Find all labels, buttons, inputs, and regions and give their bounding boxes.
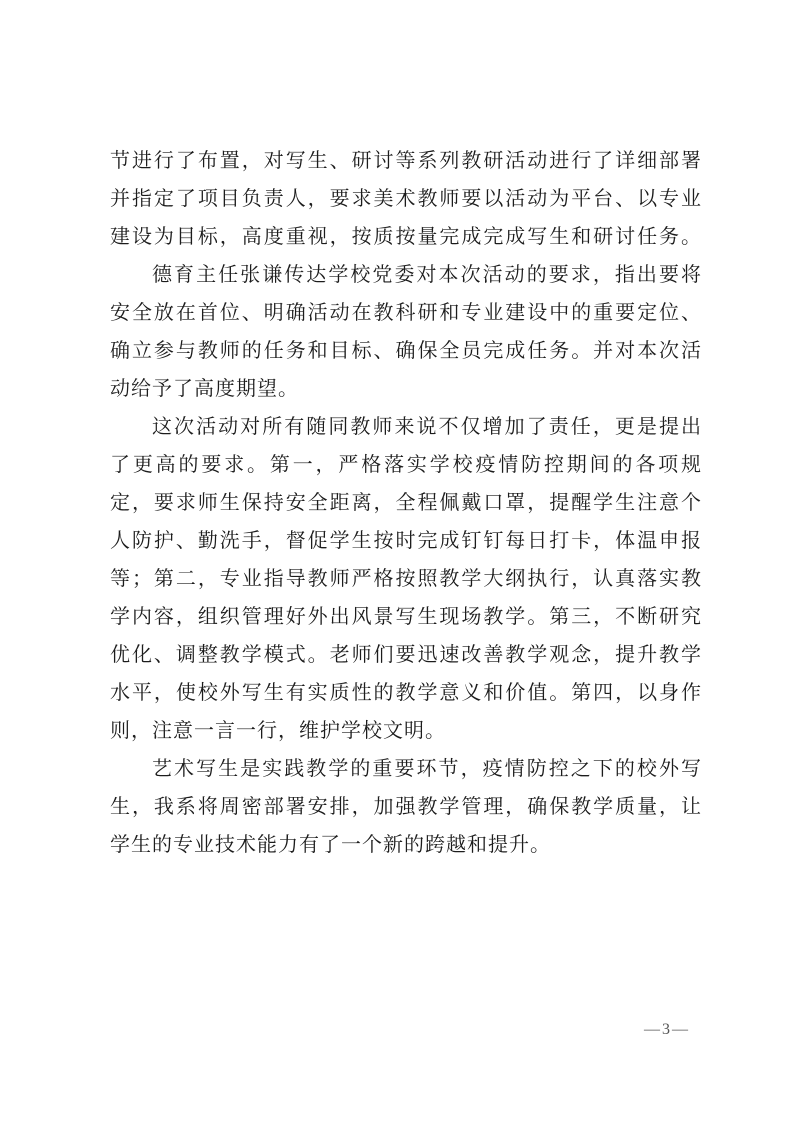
document-body: 节进行了布置，对写生、研讨等系列教研活动进行了详细部署 并指定了项目负责人，要求… <box>110 141 702 863</box>
text-line: 则，注意一言一行，维护学校文明。 <box>110 711 702 749</box>
paragraph-moral-education-director: 德育主任张谦传达学校党委对本次活动的要求，指出要将 安全放在首位、明确活动在教科… <box>110 255 702 407</box>
document-page: 节进行了布置，对写生、研讨等系列教研活动进行了详细部署 并指定了项目负责人，要求… <box>0 0 793 1122</box>
text-line: 优化、调整教学模式。老师们要迅速改善教学观念，提升教学 <box>110 635 702 673</box>
text-line: 水平，使校外写生有实质性的教学意义和价值。第四，以身作 <box>110 673 702 711</box>
text-line: 德育主任张谦传达学校党委对本次活动的要求，指出要将 <box>110 255 702 293</box>
page-number: —3— <box>636 1019 698 1041</box>
text-line: 建设为目标，高度重视，按质按量完成完成写生和研讨任务。 <box>110 217 702 255</box>
text-line: 这次活动对所有随同教师来说不仅增加了责任，更是提出 <box>110 407 702 445</box>
paragraph-continuation: 节进行了布置，对写生、研讨等系列教研活动进行了详细部署 并指定了项目负责人，要求… <box>110 141 702 255</box>
text-line: 动给予了高度期望。 <box>110 369 702 407</box>
text-line: 定，要求师生保持安全距离，全程佩戴口罩，提醒学生注意个 <box>110 483 702 521</box>
text-line: 并指定了项目负责人，要求美术教师要以活动为平台、以专业 <box>110 179 702 217</box>
text-line: 节进行了布置，对写生、研讨等系列教研活动进行了详细部署 <box>110 141 702 179</box>
text-line: 等；第二，专业指导教师严格按照教学大纲执行，认真落实教 <box>110 559 702 597</box>
text-line: 学内容，组织管理好外出风景写生现场教学。第三，不断研究 <box>110 597 702 635</box>
text-line: 确立参与教师的任务和目标、确保全员完成任务。并对本次活 <box>110 331 702 369</box>
text-line: 人防护、勤洗手，督促学生按时完成钉钉每日打卡，体温申报 <box>110 521 702 559</box>
text-line: 生，我系将周密部署安排，加强教学管理，确保教学质量，让 <box>110 787 702 825</box>
text-line: 学生的专业技术能力有了一个新的跨越和提升。 <box>110 825 702 863</box>
text-line: 艺术写生是实践教学的重要环节，疫情防控之下的校外写 <box>110 749 702 787</box>
paragraph-requirements: 这次活动对所有随同教师来说不仅增加了责任，更是提出 了更高的要求。第一，严格落实… <box>110 407 702 749</box>
text-line: 安全放在首位、明确活动在教科研和专业建设中的重要定位、 <box>110 293 702 331</box>
text-line: 了更高的要求。第一，严格落实学校疫情防控期间的各项规 <box>110 445 702 483</box>
paragraph-conclusion: 艺术写生是实践教学的重要环节，疫情防控之下的校外写 生，我系将周密部署安排，加强… <box>110 749 702 863</box>
